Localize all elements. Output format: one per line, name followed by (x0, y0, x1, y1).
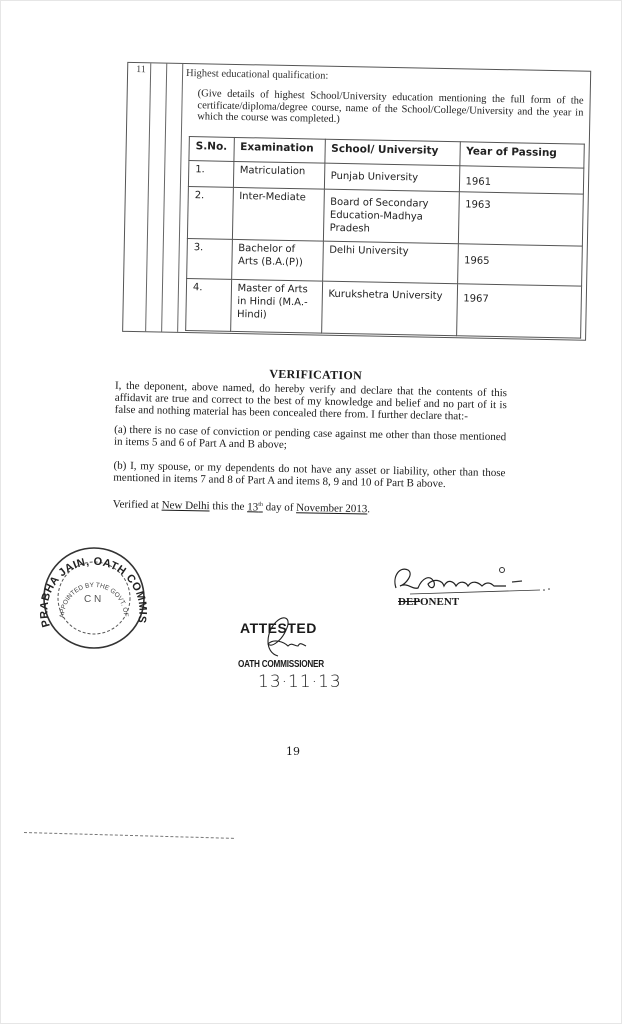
cell-sno: 3. (187, 239, 232, 280)
header-institution: School/ University (324, 139, 459, 166)
cell-examination: Inter-Mediate (232, 187, 324, 241)
verified-at-line: Verified at New Delhi this the 13th day … (113, 496, 505, 518)
clause-b: (b) I, my spouse, or my dependents do no… (113, 460, 505, 492)
item-11-table: 11 Highest educational qualification: (G… (122, 62, 591, 341)
deponent-label: DEPONENT (398, 596, 459, 608)
cell-examination: Bachelor of Arts (B.A.(P)) (231, 239, 323, 281)
place: New Delhi (162, 499, 210, 512)
cell-sno: 4. (186, 279, 232, 332)
item-description: (Give details of highest School/Universi… (197, 88, 584, 130)
item-title: Highest educational qualification: (186, 68, 328, 82)
cell-sno: 1. (188, 161, 233, 188)
document-page: 11 Highest educational qualification: (G… (0, 0, 622, 1024)
cell-year: 1961 (459, 166, 584, 194)
commissioner-signature (254, 612, 314, 660)
column-divider (177, 64, 183, 332)
clause-a: (a) there is no case of conviction or pe… (114, 424, 506, 456)
cell-year: 1963 (458, 192, 583, 246)
deponent-signature (390, 560, 560, 600)
column-divider (145, 63, 151, 331)
column-divider (161, 64, 167, 332)
header-year: Year of Passing (459, 142, 584, 168)
cell-institution: Board of Secondary Education-Madhya Prad… (323, 189, 459, 244)
header-examination: Examination (233, 137, 324, 163)
cell-year: 1967 (456, 284, 581, 338)
verification-title: VERIFICATION (269, 367, 362, 384)
svg-text:C N: C N (84, 594, 101, 605)
page-number: 19 (286, 745, 300, 758)
oath-commissioner-label: OATH COMMISSIONER (238, 658, 324, 670)
table-row: 4. Master of Arts in Hindi (M.A.-Hindi) … (186, 279, 582, 339)
month-year: November 2013 (296, 502, 367, 515)
table-row: 2. Inter-Mediate Board of Secondary Educ… (187, 187, 583, 247)
cell-institution: Kurukshetra University (321, 281, 457, 336)
day: 13th (247, 501, 263, 513)
cell-institution: Delhi University (322, 241, 458, 284)
attested-date: 13·11·13 (258, 672, 342, 692)
cell-sno: 2. (187, 187, 233, 240)
cell-examination: Matriculation (233, 161, 324, 189)
header-sno: S.No. (189, 137, 234, 162)
cell-examination: Master of Arts in Hindi (M.A.-Hindi) (230, 279, 322, 333)
verification-paragraph: I, the deponent, above named, do hereby … (115, 380, 508, 424)
item-number: 11 (136, 64, 146, 75)
education-table: S.No. Examination School/ University Yea… (185, 136, 585, 339)
oath-commissioner-stamp: PRABHA JAIN, OATH COMMISSIONER APPOINTED… (34, 546, 152, 650)
cell-year: 1965 (457, 244, 582, 286)
cell-institution: Punjab University (324, 163, 459, 192)
